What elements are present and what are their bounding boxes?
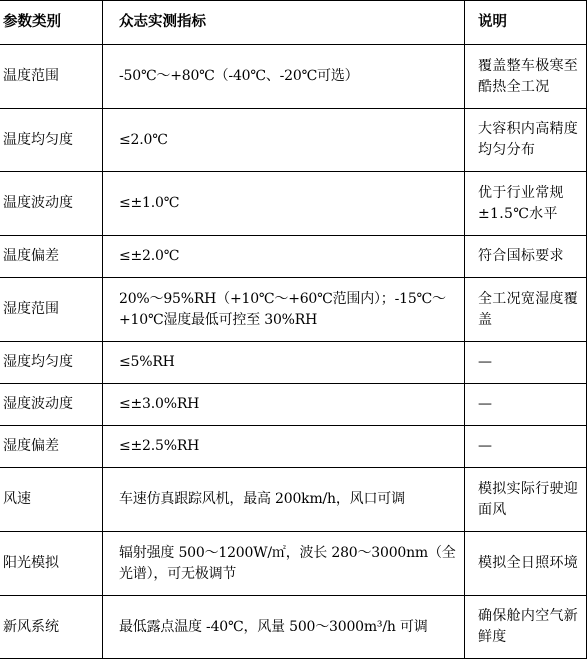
table-row: 温度偏差 ≤±2.0℃ 符合国标要求 <box>0 236 587 278</box>
row-value: ≤2.0℃ <box>103 109 465 172</box>
row-value: ≤±2.0℃ <box>103 236 465 278</box>
table-row: 风速 车速仿真跟踪风机，最高 200km/h，风口可调 模拟实际行驶迎面风 <box>0 468 587 532</box>
row-value: 最低露点温度 -40℃，风量 500～3000m³/h 可调 <box>103 596 465 659</box>
table-row: 湿度范围 20%～95%RH（+10℃～+60℃范围内）；-15℃～+10℃湿度… <box>0 278 587 342</box>
row-note: 模拟全日照环境 <box>465 532 587 596</box>
row-param: 新风系统 <box>0 596 103 659</box>
table-row: 湿度偏差 ≤±2.5%RH — <box>0 426 587 468</box>
row-param: 湿度波动度 <box>0 384 103 426</box>
row-value: ≤±2.5%RH <box>103 426 465 468</box>
row-param: 湿度偏差 <box>0 426 103 468</box>
row-note: 优于行业常规±1.5℃水平 <box>465 172 587 236</box>
row-note: 大容积内高精度均匀分布 <box>465 109 587 172</box>
table-row: 湿度波动度 ≤±3.0%RH — <box>0 384 587 426</box>
row-note: 覆盖整车极寒至酷热全工况 <box>465 45 587 109</box>
row-note: 确保舱内空气新鲜度 <box>465 596 587 659</box>
row-param: 湿度范围 <box>0 278 103 342</box>
row-param: 风速 <box>0 468 103 532</box>
row-param: 温度偏差 <box>0 236 103 278</box>
row-note: — <box>465 342 587 384</box>
row-value: 车速仿真跟踪风机，最高 200km/h，风口可调 <box>103 468 465 532</box>
row-note: 符合国标要求 <box>465 236 587 278</box>
row-note: 全工况宽湿度覆盖 <box>465 278 587 342</box>
table-row: 湿度均匀度 ≤5%RH — <box>0 342 587 384</box>
row-value: ≤±1.0℃ <box>103 172 465 236</box>
table-row: 新风系统 最低露点温度 -40℃，风量 500～3000m³/h 可调 确保舱内… <box>0 596 587 659</box>
header-value: 众志实测指标 <box>103 1 465 45</box>
table-row: 温度均匀度 ≤2.0℃ 大容积内高精度均匀分布 <box>0 109 587 172</box>
table-row: 温度范围 -50℃～+80℃（-40℃、-20℃可选） 覆盖整车极寒至酷热全工况 <box>0 45 587 109</box>
table-row: 温度波动度 ≤±1.0℃ 优于行业常规±1.5℃水平 <box>0 172 587 236</box>
row-value: ≤±3.0%RH <box>103 384 465 426</box>
table-header-row: 参数类别 众志实测指标 说明 <box>0 1 587 45</box>
row-note: — <box>465 426 587 468</box>
row-value: -50℃～+80℃（-40℃、-20℃可选） <box>103 45 465 109</box>
spec-table: 参数类别 众志实测指标 说明 温度范围 -50℃～+80℃（-40℃、-20℃可… <box>0 0 587 659</box>
row-param: 湿度均匀度 <box>0 342 103 384</box>
table-row: 阳光模拟 辐射强度 500～1200W/㎡，波长 280～3000nm（全光谱）… <box>0 532 587 596</box>
row-value: 20%～95%RH（+10℃～+60℃范围内）；-15℃～+10℃湿度最低可控至… <box>103 278 465 342</box>
row-value: 辐射强度 500～1200W/㎡，波长 280～3000nm（全光谱），可无极调… <box>103 532 465 596</box>
row-note: 模拟实际行驶迎面风 <box>465 468 587 532</box>
row-note: — <box>465 384 587 426</box>
row-param: 温度均匀度 <box>0 109 103 172</box>
row-param: 温度范围 <box>0 45 103 109</box>
row-value: ≤5%RH <box>103 342 465 384</box>
row-param: 温度波动度 <box>0 172 103 236</box>
header-param: 参数类别 <box>0 1 103 45</box>
header-note: 说明 <box>465 1 587 45</box>
row-param: 阳光模拟 <box>0 532 103 596</box>
